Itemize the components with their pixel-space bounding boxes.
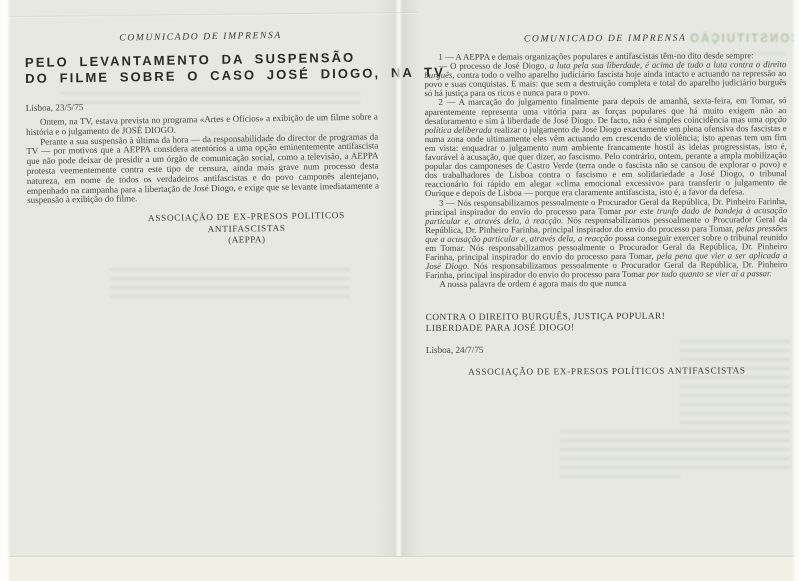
paragraph: 2 — A marcação do julgamento finalmente … <box>425 97 788 199</box>
signature-block: ASSOCIAÇÃO DE EX-PRESOS POLITICOS ANTIFA… <box>27 210 379 250</box>
document-title: PELO LEVANTAMENTO DA SUSPENSÃO DO FILME … <box>25 49 377 86</box>
bleed-through-artifact <box>560 430 680 480</box>
document-kicker: COMUNICADO DE IMPRENSA <box>424 32 786 45</box>
scanned-press-release: CONSTITUIÇÃO COMUNICADO DE IMPRENSA PELO… <box>0 0 799 581</box>
slogan-line-2: LIBERDADE PARA JOSÉ DIOGO! <box>426 322 788 334</box>
scanner-bed-left-edge <box>0 0 11 581</box>
signature-org: ASSOCIAÇÃO DE EX-PRESOS POLÍTICOS ANTIFA… <box>426 365 788 377</box>
press-release-left-page: COMUNICADO DE IMPRENSA PELO LEVANTAMENTO… <box>24 0 380 250</box>
document-kicker: COMUNICADO DE IMPRENSA <box>25 28 377 45</box>
paragraph: A nossa palavra de ordem é agora mais do… <box>425 278 787 289</box>
body-text: Ontem, na TV, estava prevista no program… <box>26 112 379 206</box>
paragraph: — O processo de José Diogo, a luta pela … <box>424 60 786 98</box>
dateline: Lisboa, 23/5/75 <box>26 97 378 113</box>
paragraph: Perante a sua suspensão à última da hora… <box>26 132 379 206</box>
paragraph: 3 — Nós responsabilizamos pessoalmente o… <box>425 197 787 281</box>
slogan-block: CONTRA O DIREITO BURGUÊS, JUSTIÇA POPULA… <box>426 312 788 335</box>
press-release-right-page: COMUNICADO DE IMPRENSA 1 — A AEPPA e dem… <box>424 0 788 377</box>
bleed-through-artifact <box>110 268 350 304</box>
dateline: Lisboa, 24/7/75 <box>426 343 788 355</box>
page-fold <box>378 0 420 560</box>
scanner-bed-right-edge <box>792 0 799 581</box>
scanner-bed-bottom <box>0 556 799 581</box>
body-text: 1 — A AEPPA e demais organizações popula… <box>424 51 787 289</box>
